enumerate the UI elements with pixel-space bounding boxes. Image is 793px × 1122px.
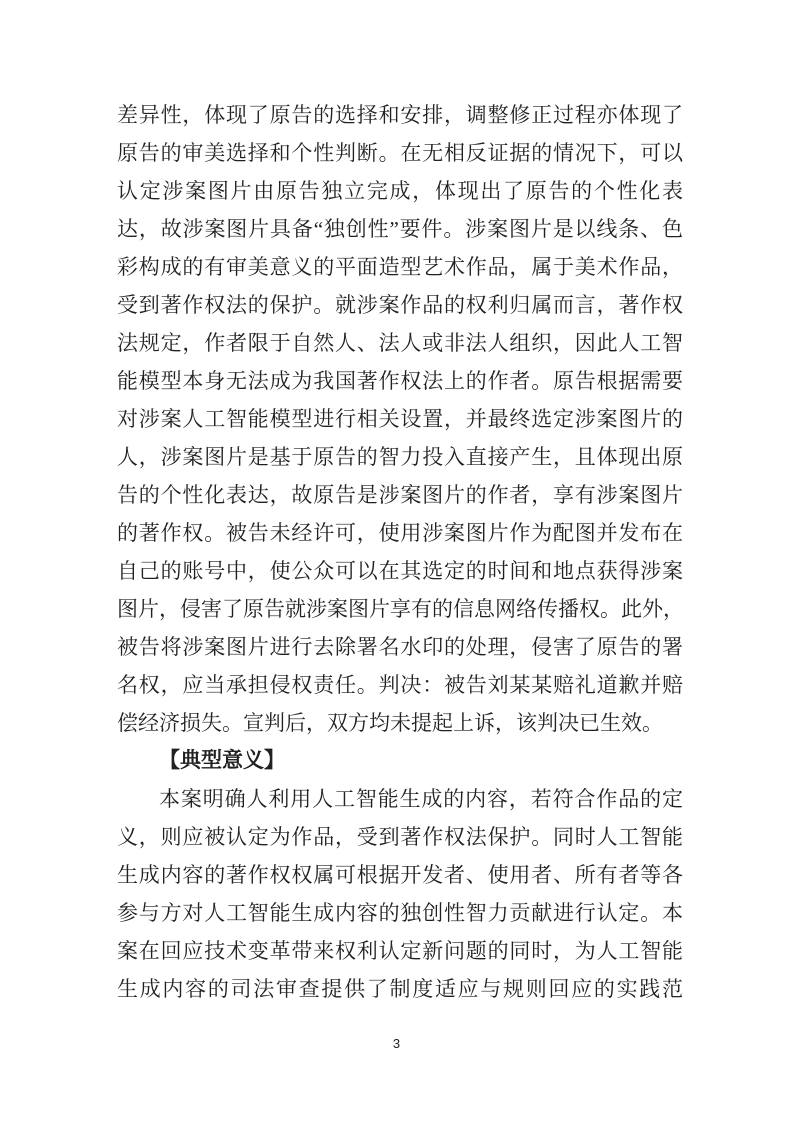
text-line: 生成内容的司法审查提供了制度适应与规则回应的实践范 bbox=[117, 970, 683, 1008]
text-line: 彩构成的有审美意义的平面造型艺术作品，属于美术作品， bbox=[117, 248, 683, 286]
text-line: 的著作权。被告未经许可，使用涉案图片作为配图并发布在 bbox=[117, 514, 683, 552]
text-line: 差异性，体现了原告的选择和安排，调整修正过程亦体现了 bbox=[117, 96, 683, 134]
page-number: 3 bbox=[0, 1036, 793, 1051]
text-line: 原告的审美选择和个性判断。在无相反证据的情况下，可以 bbox=[117, 134, 683, 172]
text-line: 图片，侵害了原告就涉案图片享有的信息网络传播权。此外， bbox=[117, 590, 683, 628]
text-line: 被告将涉案图片进行去除署名水印的处理，侵害了原告的署 bbox=[117, 628, 683, 666]
text-line: 义，则应被认定为作品，受到著作权法保护。同时人工智能 bbox=[117, 818, 683, 856]
text-line: 认定涉案图片由原告独立完成，体现出了原告的个性化表 bbox=[117, 172, 683, 210]
text-line: 自己的账号中，使公众可以在其选定的时间和地点获得涉案 bbox=[117, 552, 683, 590]
text-line: 法规定，作者限于自然人、法人或非法人组织，因此人工智 bbox=[117, 324, 683, 362]
text-line: 人，涉案图片是基于原告的智力投入直接产生，且体现出原 bbox=[117, 438, 683, 476]
text-line: 本案明确人利用人工智能生成的内容，若符合作品的定 bbox=[117, 780, 683, 818]
body-text: 差异性，体现了原告的选择和安排，调整修正过程亦体现了 原告的审美选择和个性判断。… bbox=[117, 96, 683, 1008]
text-line: 对涉案人工智能模型进行相关设置，并最终选定涉案图片的 bbox=[117, 400, 683, 438]
section-heading: 【典型意义】 bbox=[117, 742, 683, 780]
text-line: 参与方对人工智能生成内容的独创性智力贡献进行认定。本 bbox=[117, 894, 683, 932]
document-page: 差异性，体现了原告的选择和安排，调整修正过程亦体现了 原告的审美选择和个性判断。… bbox=[0, 0, 793, 1122]
text-line: 案在回应技术变革带来权利认定新问题的同时，为人工智能 bbox=[117, 932, 683, 970]
text-line: 受到著作权法的保护。就涉案作品的权利归属而言，著作权 bbox=[117, 286, 683, 324]
text-line: 偿经济损失。宣判后，双方均未提起上诉，该判决已生效。 bbox=[117, 704, 683, 742]
text-line: 生成内容的著作权权属可根据开发者、使用者、所有者等各 bbox=[117, 856, 683, 894]
text-line: 达，故涉案图片具备“独创性”要件。涉案图片是以线条、色 bbox=[117, 210, 683, 248]
text-line: 名权，应当承担侵权责任。判决：被告刘某某赔礼道歉并赔 bbox=[117, 666, 683, 704]
text-line: 告的个性化表达，故原告是涉案图片的作者，享有涉案图片 bbox=[117, 476, 683, 514]
text-line: 能模型本身无法成为我国著作权法上的作者。原告根据需要 bbox=[117, 362, 683, 400]
